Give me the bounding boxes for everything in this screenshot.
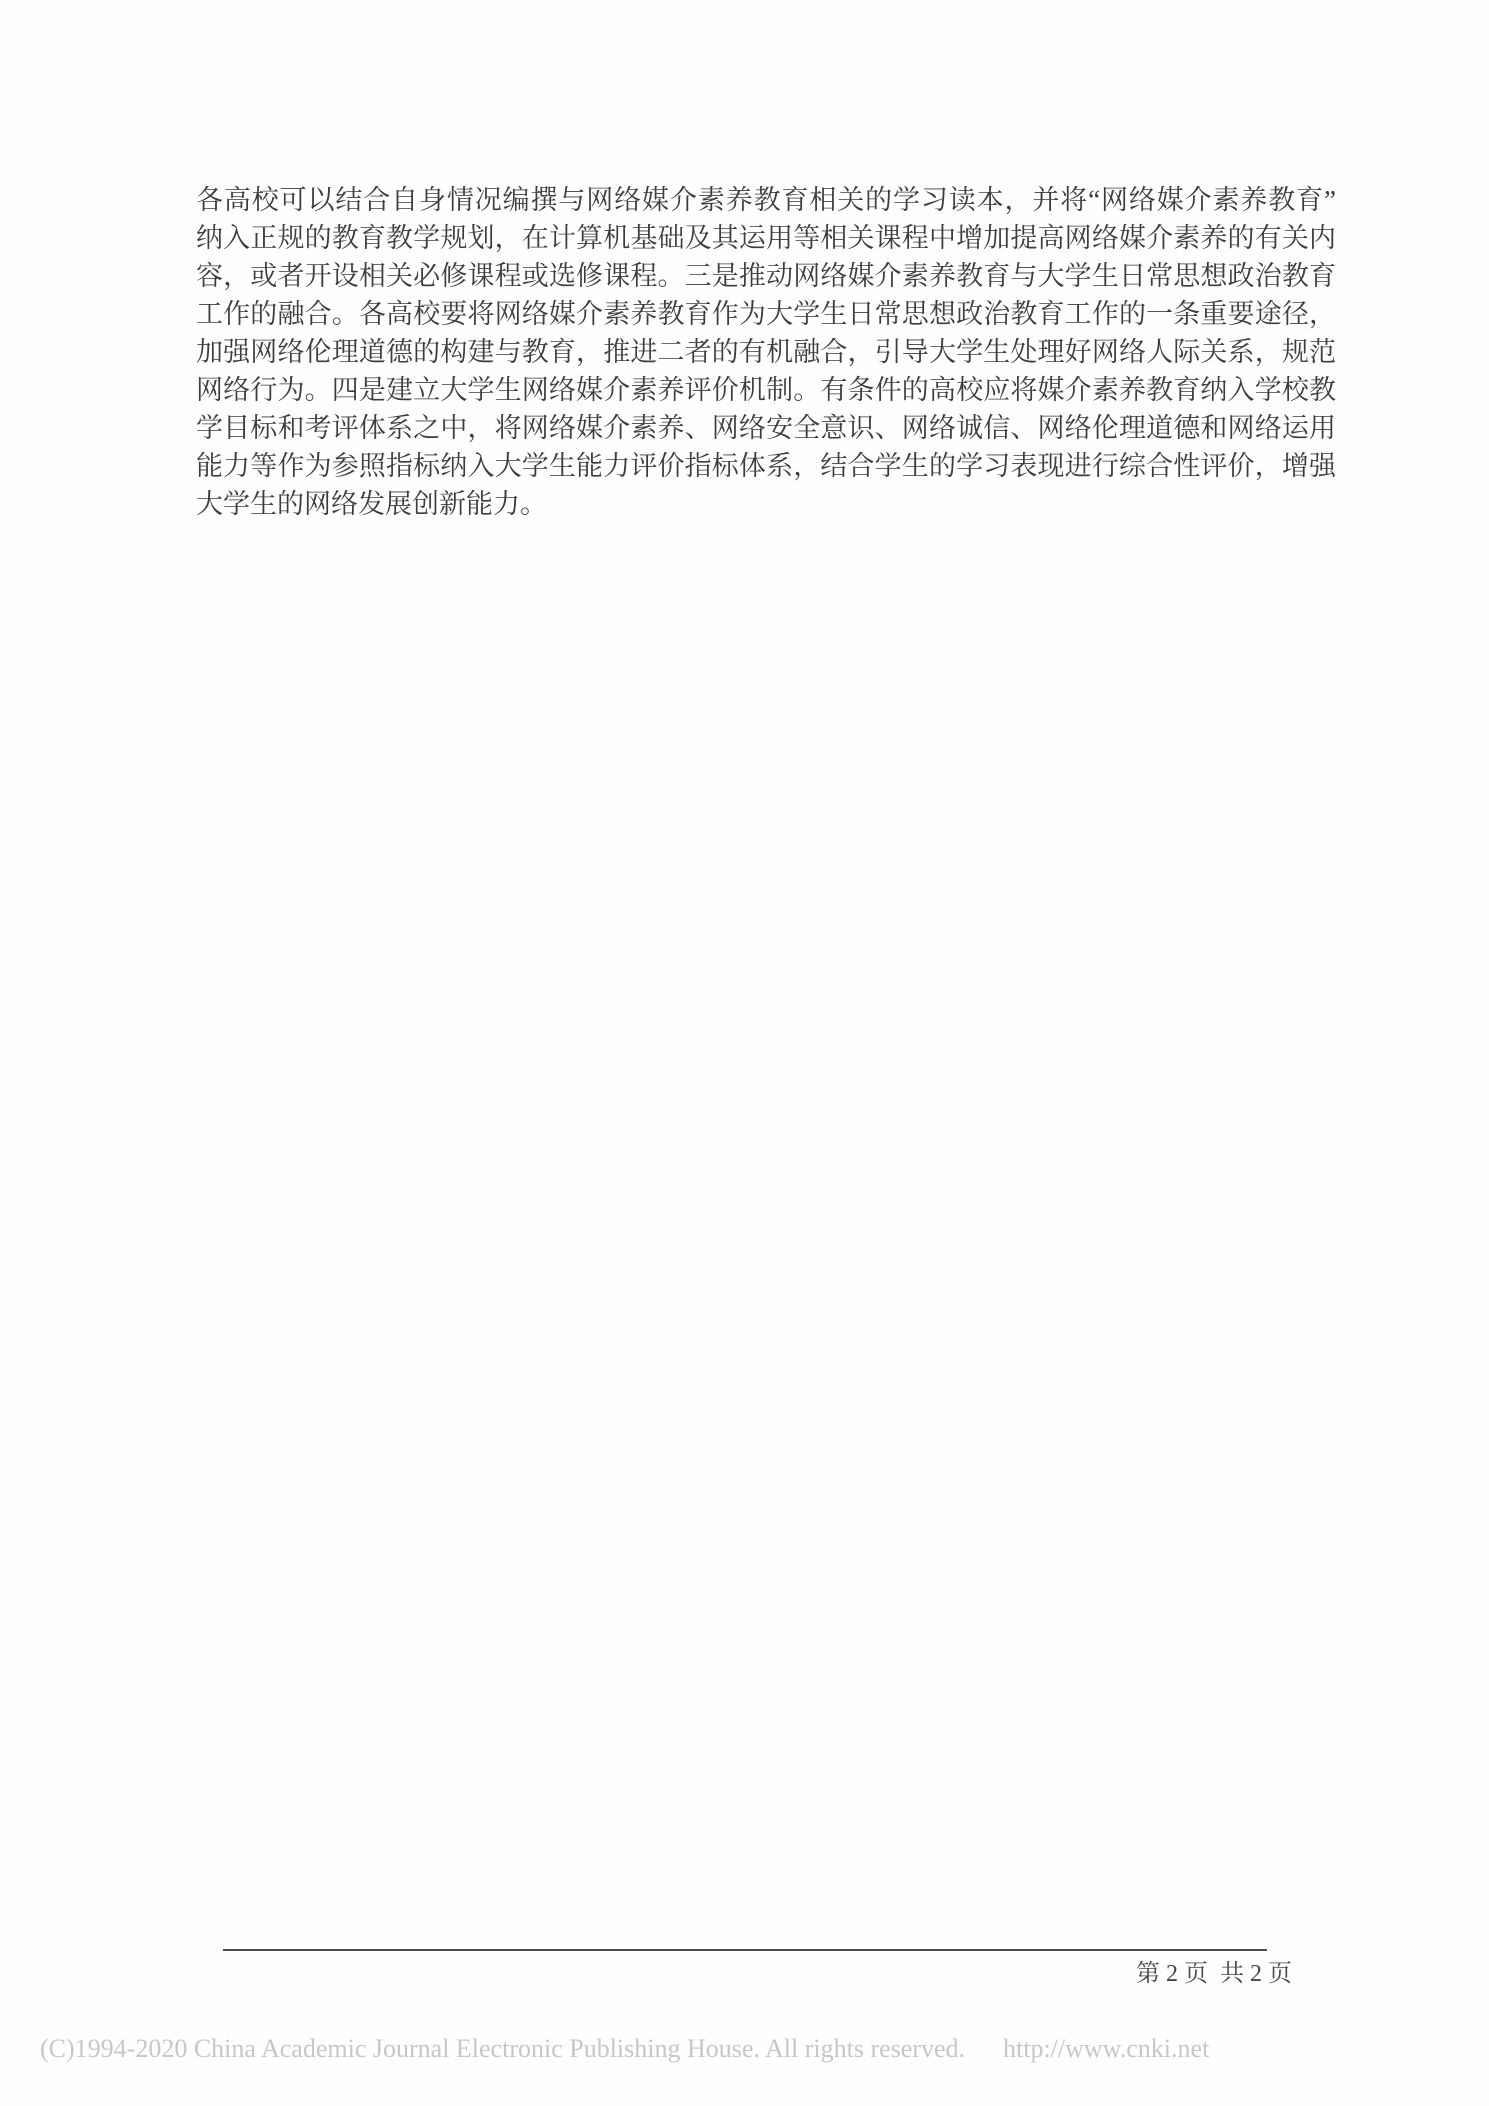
body-text-line: 加强网络伦理道德的构建与教育，推进二者的有机融合，引导大学生处理好网络人际关系，…	[196, 333, 1336, 371]
document-page: 各高校可以结合自身情况编撰与网络媒介素养教育相关的学习读本，并将“网络媒介素养教…	[0, 0, 1489, 2106]
watermark: (C)1994-2020 China Academic Journal Elec…	[40, 2034, 1440, 2064]
body-paragraph: 各高校可以结合自身情况编撰与网络媒介素养教育相关的学习读本，并将“网络媒介素养教…	[196, 181, 1336, 523]
body-text-line: 能力等作为参照指标纳入大学生能力评价指标体系，结合学生的学习表现进行综合性评价，…	[196, 447, 1336, 485]
body-text-line: 网络行为。四是建立大学生网络媒介素养评价机制。有条件的高校应将媒介素养教育纳入学…	[196, 371, 1336, 409]
body-text-line: 容，或者开设相关必修课程或选修课程。三是推动网络媒介素养教育与大学生日常思想政治…	[196, 257, 1336, 295]
body-text-line: 大学生的网络发展创新能力。	[196, 485, 1336, 523]
body-text-line: 各高校可以结合自身情况编撰与网络媒介素养教育相关的学习读本，并将“网络媒介素养教…	[196, 181, 1336, 219]
watermark-url: http://www.cnki.net	[1003, 2034, 1209, 2063]
footer-divider	[223, 1949, 1267, 1951]
body-text-line: 学目标和考评体系之中，将网络媒介素养、网络安全意识、网络诚信、网络伦理道德和网络…	[196, 409, 1336, 447]
body-text-line: 工作的融合。各高校要将网络媒介素养教育作为大学生日常思想政治教育工作的一条重要途…	[196, 295, 1336, 333]
body-text-line: 纳入正规的教育教学规划，在计算机基础及其运用等相关课程中增加提高网络媒介素养的有…	[196, 219, 1336, 257]
page-number-indicator: 第 2 页 共 2 页	[1136, 1953, 1292, 1988]
watermark-copyright: (C)1994-2020 China Academic Journal Elec…	[40, 2034, 965, 2063]
